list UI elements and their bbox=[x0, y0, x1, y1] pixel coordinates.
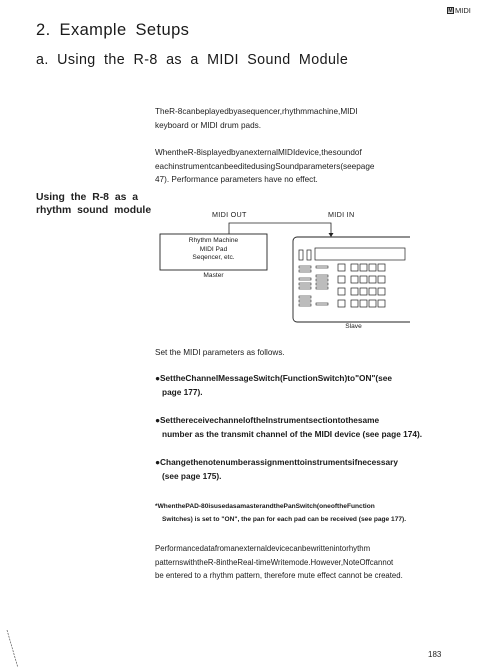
master-label: Master bbox=[160, 272, 267, 279]
midi-in-label: MIDI IN bbox=[328, 210, 354, 219]
text-line: patternswiththeR-8intheReal-timeWritemod… bbox=[155, 556, 317, 570]
master-device-box: Rhythm Machine MIDI Pad Seqencer, etc. bbox=[160, 237, 267, 263]
midi-section-box-icon: M bbox=[447, 7, 454, 14]
master-device-line: Rhythm Machine bbox=[160, 237, 267, 246]
page-number: 183 bbox=[428, 650, 441, 659]
text-line: number as the transmit channel of the MI… bbox=[155, 428, 317, 442]
section-subtitle: a. Using the R-8 as a MIDI Sound Module bbox=[36, 52, 348, 68]
instruction-bullet-3: ●Changethenotenumberassignmenttoinstrume… bbox=[155, 456, 317, 483]
text-line: TheR-8canbeplayedbyasequencer,rhythmmach… bbox=[155, 105, 316, 119]
text-line: *WhenthePAD-80isusedasamasterandthePanSw… bbox=[155, 500, 317, 513]
side-heading: Using the R-8 as a rhythm sound module bbox=[36, 191, 151, 217]
section-tag-label: MIDI bbox=[455, 6, 471, 15]
section-tag: M MIDI bbox=[447, 6, 471, 15]
page-title: 2. Example Setups bbox=[36, 21, 189, 40]
scan-mark-line bbox=[6, 630, 20, 667]
text-line: page 177). bbox=[155, 386, 317, 400]
text-line: 47). Performance parameters have no effe… bbox=[155, 173, 316, 187]
midi-out-label: MIDI OUT bbox=[212, 210, 247, 219]
text-line: WhentheR-8isplayedbyanexternalMIDIdevice… bbox=[155, 146, 316, 160]
closing-paragraph: Performancedatafromanexternaldevicecanbe… bbox=[155, 542, 317, 583]
text-line: Performancedatafromanexternaldevicecanbe… bbox=[155, 542, 317, 556]
instruction-bullet-2: ●SetthereceivechanneloftheInstrumentsect… bbox=[155, 414, 317, 441]
diagram-drawing bbox=[150, 207, 410, 332]
midi-connection-diagram: MIDI OUT MIDI IN Rhythm Machine MIDI Pad… bbox=[150, 207, 410, 332]
instructions-lead: Set the MIDI parameters as follows. bbox=[155, 346, 317, 360]
master-device-line: Seqencer, etc. bbox=[160, 254, 267, 263]
pad-80-note: *WhenthePAD-80isusedasamasterandthePanSw… bbox=[155, 500, 317, 527]
slave-label: Slave bbox=[293, 323, 414, 330]
side-heading-line: Using the R-8 as a bbox=[36, 191, 151, 204]
text-line: (see page 175). bbox=[155, 470, 317, 484]
text-line: eachinstrumentcanbeeditedusingSoundparam… bbox=[155, 160, 316, 174]
instruction-bullet-1: ●SettheChannelMessageSwitch(FunctionSwit… bbox=[155, 372, 317, 399]
master-device-line: MIDI Pad bbox=[160, 246, 267, 255]
text-line: Switches) is set to "ON", the pan for ea… bbox=[155, 513, 317, 526]
text-line: be entered to a rhythm pattern, therefor… bbox=[155, 569, 317, 583]
text-line: keyboard or MIDI drum pads. bbox=[155, 119, 316, 133]
intro-paragraph-2: WhentheR-8isplayedbyanexternalMIDIdevice… bbox=[155, 146, 316, 187]
text-line: ●Changethenotenumberassignmenttoinstrume… bbox=[155, 456, 317, 470]
text-line: ●SetthereceivechanneloftheInstrumentsect… bbox=[155, 414, 317, 428]
side-heading-line: rhythm sound module bbox=[36, 204, 151, 217]
text-line: ●SettheChannelMessageSwitch(FunctionSwit… bbox=[155, 372, 317, 386]
intro-paragraph-1: TheR-8canbeplayedbyasequencer,rhythmmach… bbox=[155, 105, 316, 132]
